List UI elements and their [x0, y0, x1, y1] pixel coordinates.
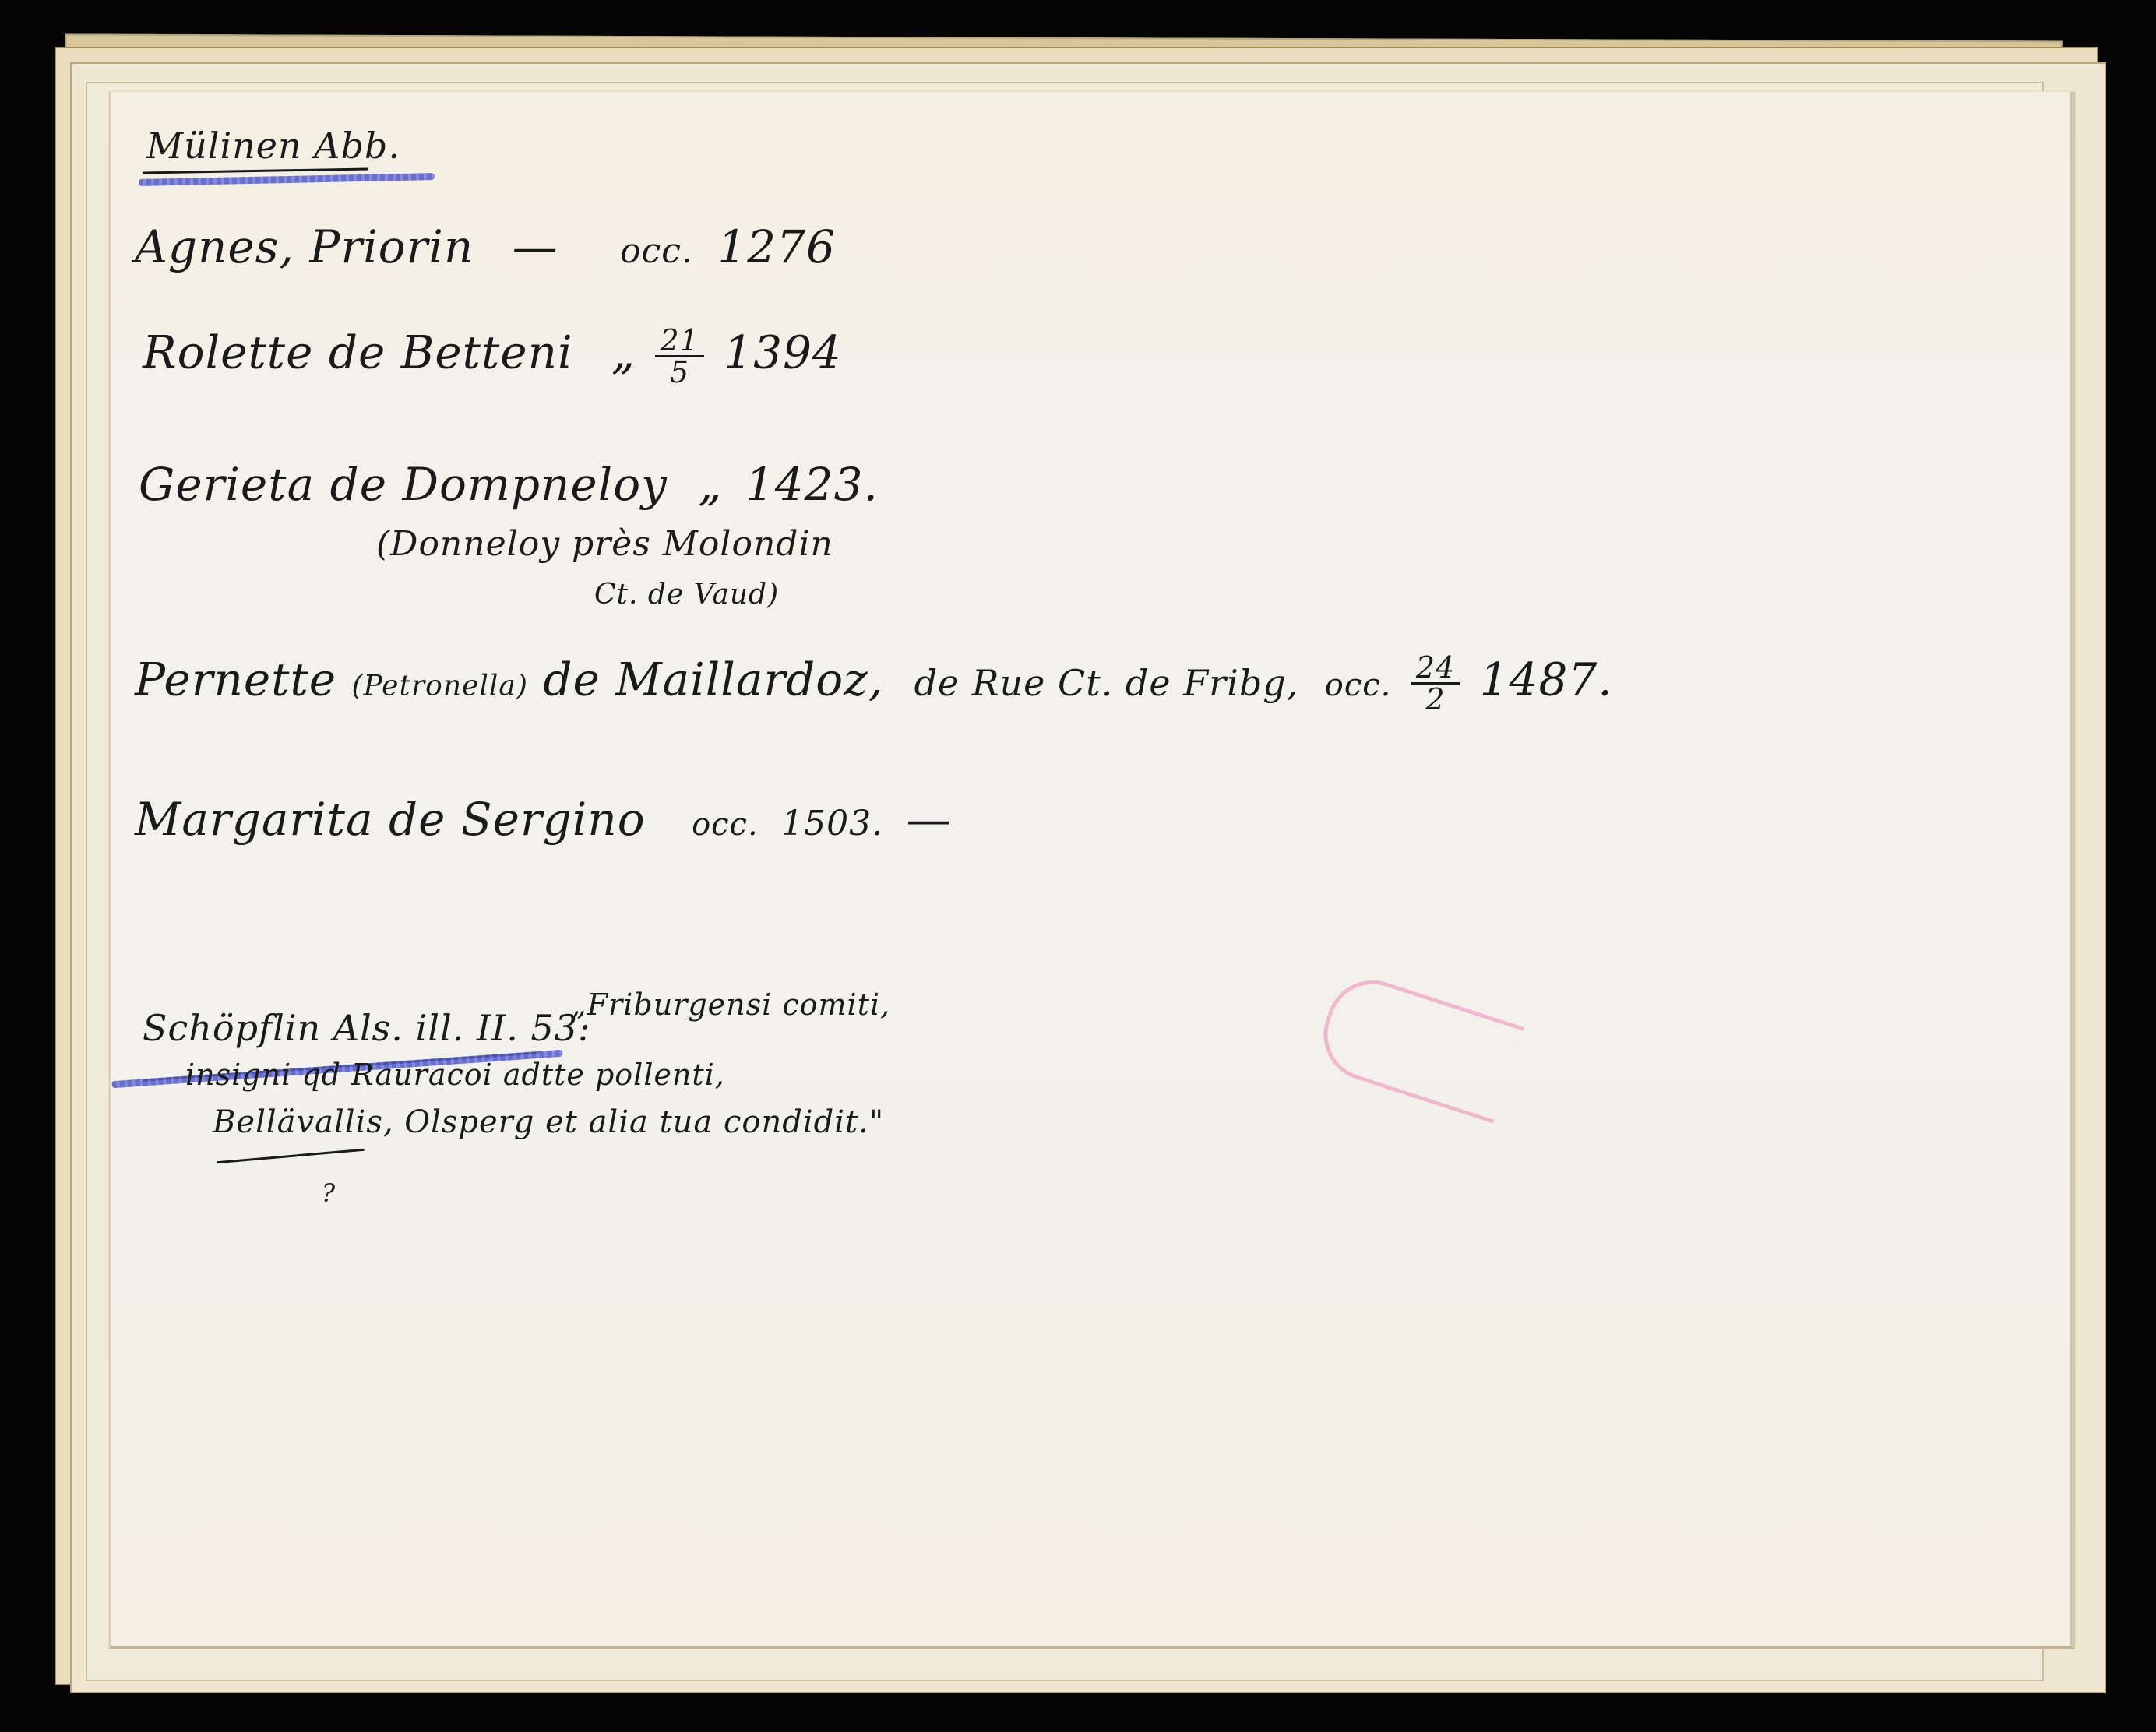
entry-ditto: „: [698, 458, 722, 511]
entry-date-label: occ.: [692, 807, 759, 843]
heading-ink-underline: [143, 167, 368, 174]
entry-dash: —: [907, 793, 953, 846]
manuscript-page: Mülinen Abb. Agnes, Priorin — occ. 1276 …: [109, 92, 2075, 1649]
entry-margarita: Margarita de Sergino occ. 1503. —: [135, 793, 953, 846]
entry-day: 21: [655, 326, 703, 357]
entry-name: Gerieta de Dompneloy: [139, 458, 668, 511]
citation-line-2: insigni qd Rauracoi adtte pollenti,: [185, 1058, 725, 1092]
entry-year: 1276: [717, 220, 836, 273]
heading-blue-underline: [139, 173, 435, 186]
entry-name: Rolette de Betteni: [143, 326, 573, 379]
entry-month: 2: [1425, 685, 1445, 714]
entry-date-label: occ.: [1325, 667, 1392, 703]
entry-year: 1487.: [1480, 653, 1613, 706]
citation-word-underline: [217, 1149, 365, 1164]
citation-line-1: „Friburgensi comiti,: [571, 987, 890, 1022]
entry-name: Pernette: [135, 653, 336, 706]
entry-gerieta: Gerieta de Dompneloy „ 1423.: [139, 458, 879, 511]
entry-date-fraction: 21 5: [655, 326, 703, 387]
entry-day: 24: [1411, 653, 1460, 685]
page-heading: Mülinen Abb.: [146, 125, 400, 167]
entry-gerieta-note-2: Ct. de Vaud): [594, 579, 779, 611]
entry-ditto: „: [611, 326, 636, 379]
citation-query-mark: ?: [322, 1178, 336, 1208]
entry-pernette: Pernette (Petronella) de Maillardoz, de …: [135, 653, 1613, 714]
entry-year: 1503.: [781, 804, 883, 843]
entry-name: Margarita de Sergino: [135, 793, 646, 846]
entry-agnes: Agnes, Priorin — occ. 1276: [135, 220, 836, 273]
entry-year: 1394: [724, 326, 842, 379]
entry-month: 5: [670, 357, 689, 387]
entry-gerieta-note-1: (Donneloy près Molondin: [376, 524, 833, 564]
entry-name: Agnes, Priorin: [135, 220, 474, 273]
entry-date-label: occ.: [620, 231, 693, 271]
red-pencil-mark: [1312, 968, 1524, 1123]
entry-rolette: Rolette de Betteni „ 21 5 1394: [143, 326, 842, 387]
entry-alt-name: (Petronella): [352, 671, 528, 702]
citation-reference: Schöpflin Als. ill. II. 53:: [143, 1007, 591, 1049]
entry-origin: de Rue Ct. de Fribg,: [914, 662, 1299, 704]
entry-year: 1423.: [745, 458, 879, 511]
entry-date-fraction: 24 2: [1411, 653, 1460, 714]
entry-surname: de Maillardoz,: [543, 653, 883, 706]
citation-line-3: Bellävallis, Olsperg et alia tua condidi…: [213, 1104, 884, 1140]
entry-dash: —: [513, 220, 558, 273]
